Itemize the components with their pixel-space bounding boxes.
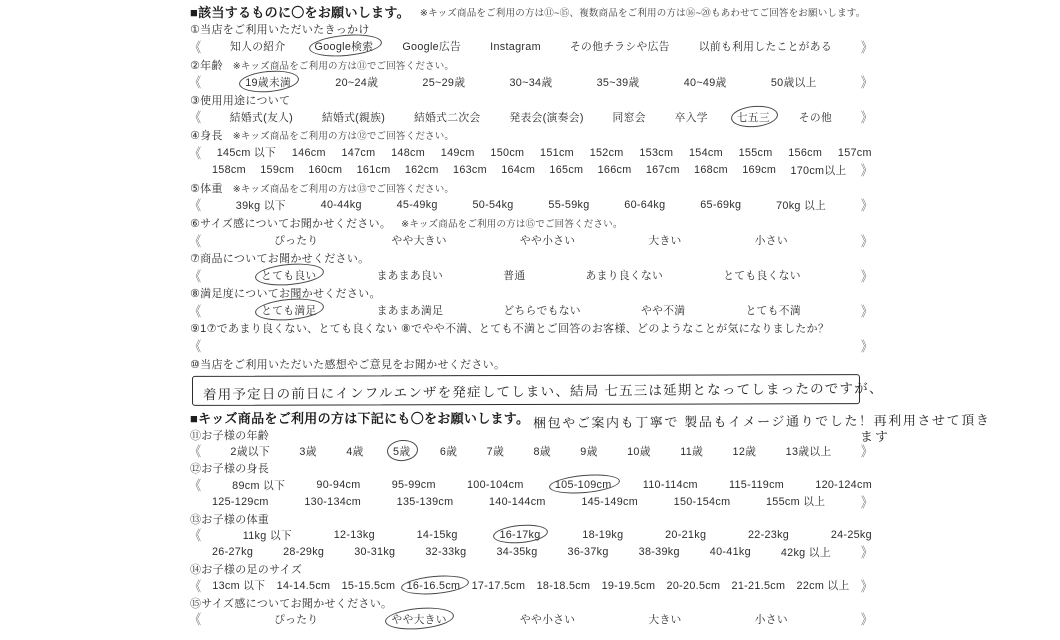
option: 40-44kg [321,199,362,211]
question-line: ⑮サイズ感についてお聞かせください。 [190,594,872,611]
option: 38-39kg [639,546,680,558]
answer-row: 《89cm 以下90-94cm95-99cm100-104cm105-109cm… [190,477,872,494]
answer-bracket-open: 《 [190,72,201,92]
option: 155cm [739,147,773,159]
answer-bracket-close: 》 [861,576,872,596]
question-line: ②年齢※キッズ商品をご利用の方は⑪でご回答ください。 [190,56,872,74]
option: 168cm [694,164,728,176]
option: 153cm [639,147,673,159]
answer-bracket-open: 《 [190,441,201,461]
answer-bracket-close: 》 [861,160,872,180]
circled-option: Google検索 [315,39,374,54]
circled-option: 七五三 [737,110,770,125]
question-label: ⑭お子様の足のサイズ [190,561,302,577]
answer-row: 125-129cm130-134cm135-139cm140-144cm145-… [190,493,872,510]
option: 146cm [292,147,326,159]
option: 152cm [590,147,624,159]
option: あまり良くない [585,268,663,283]
question-label: ⑦商品についてお聞かせください。 [190,250,369,266]
option: 40-41kg [710,546,751,558]
option: 28-29kg [283,546,324,558]
kids-questions: ⑪お子様の年齢《2歳以下3歳4歳5歳6歳7歳8歳9歳10歳11歳12歳13歳以上… [190,426,872,628]
option: やや大きい [391,233,446,248]
question-note: ※キッズ商品をご利用の方は⑮でご回答ください。 [401,216,622,230]
option: 50歳以上 [771,75,817,90]
question-label: ①当店をご利用いただいたきっかけ [190,21,370,37]
question-line: ③使用用途について [190,91,872,109]
answer-options: 158cm159cm160cm161cm162cm163cm164cm165cm… [190,162,872,178]
survey-header-note: ※キッズ商品をご利用の方は⑪~⑮、複数商品をご利用の方は⑯~⑳もあわせてご回答を… [420,5,866,19]
option: 35~39歳 [597,75,640,90]
answer-options: 《結婚式(友人)結婚式(親族)結婚式二次会発表会(演奏会)同窓会卒入学七五三その… [190,109,872,125]
answer-bracket-open: 《 [190,107,201,127]
answer-bracket-close: 》 [861,301,872,321]
option: ぴったり [274,233,318,248]
option: 45-49kg [397,199,438,211]
option: やや小さい [520,612,575,627]
kids-section-title: ■キッズ商品をご利用の方は下記にも〇をお願いします。 [190,408,529,427]
option: Google広告 [402,39,461,54]
option: 14-14.5cm [277,580,331,592]
answer-options: 《13cm 以下14-14.5cm15-15.5cm16-16.5cm17-17… [190,578,872,594]
option: 164cm [501,164,535,176]
question-line: ⑩当店をご利用いただいた感想やご意見をお聞かせください。 [190,355,872,373]
answer-row: 《19歳未満20~24歳25~29歳30~34歳35~39歳40~49歳50歳以… [190,73,872,91]
answer-bracket-close: 》 [861,231,872,251]
option: 150cm [490,147,524,159]
option: 154cm [689,147,723,159]
option: 156cm [788,147,822,159]
answer-options: 《145cm 以下146cm147cm148cm149cm150cm151cm1… [190,145,872,161]
option: 130-134cm [304,496,361,508]
option: 65-69kg [700,199,741,211]
option: 157cm [838,147,872,159]
option: 167cm [646,164,680,176]
question-note: ※キッズ商品をご利用の方は⑬でご回答ください。 [233,181,454,195]
question-line: ⑦商品についてお聞かせください。 [190,249,872,267]
option: 36-37kg [568,546,609,558]
answer-bracket-open: 《 [190,475,201,495]
option: 結婚式(親族) [322,110,385,125]
option: 90-94cm [316,479,360,491]
answer-row: 《39kg 以下40-44kg45-49kg50-54kg55-59kg60-6… [190,197,872,215]
question-label: ⑧満足度についてお聞かせください。 [190,285,381,301]
main-questions: ①当店をご利用いただいたきっかけ《知人の紹介Google検索Google広告In… [190,21,872,373]
option: 11歳 [680,444,703,459]
option: 結婚式(友人) [230,110,293,125]
circled-option: 19歳未満 [245,75,291,90]
answer-options: 《2歳以下3歳4歳5歳6歳7歳8歳9歳10歳11歳12歳13歳以上》 [190,443,872,459]
option: 30-31kg [354,546,395,558]
option: 40~49歳 [684,75,727,90]
option: 159cm [260,164,294,176]
question-note: ※キッズ商品をご利用の方は⑪でご回答ください。 [233,58,454,72]
circled-option: とても良い [261,268,316,283]
option: Instagram [490,41,541,53]
answer-options: 《ぴったりやや大きいやや小さい大きい小さい》 [190,233,872,249]
question-line: ⑫お子様の身長 [190,460,872,477]
option: 22-23kg [748,529,789,541]
question-line: ⑭お子様の足のサイズ [190,561,872,578]
option: 26-27kg [212,546,253,558]
option: まあまあ良い [377,268,444,283]
answer-options: 26-27kg28-29kg30-31kg32-33kg34-35kg36-37… [190,544,872,560]
option: 7歳 [487,444,504,459]
answer-bracket-open: 《 [190,195,201,215]
option: 150-154cm [674,496,731,508]
option: とても良くない [723,268,801,283]
option: 160cm [308,164,342,176]
question-label: ④身長 [190,127,223,143]
option: 19-19.5cm [602,580,656,592]
answer-options: 《知人の紹介Google検索Google広告Instagramその他チラシや広告… [190,39,872,55]
answer-row: 《》 [190,337,872,355]
question-label: ⑩当店をご利用いただいた感想やご意見をお聞かせください。 [190,356,505,372]
option: 162cm [405,164,439,176]
option: ぴったり [274,612,318,627]
answer-bracket-close: 》 [861,609,872,629]
option: 11kg 以下 [243,528,292,543]
option: 10歳 [627,444,651,459]
answer-bracket-open: 《 [190,576,201,596]
option: 卒入学 [675,110,708,125]
answer-bracket-close: 》 [861,37,872,57]
circled-option: 105-109cm [555,479,612,491]
option: 110-114cm [643,479,698,491]
circled-option: 5歳 [393,444,410,459]
answer-bracket-open: 《 [190,336,201,356]
option: 50-54kg [472,199,513,211]
answer-bracket-close: 》 [861,266,872,286]
answer-row: 158cm159cm160cm161cm162cm163cm164cm165cm… [190,161,872,179]
question-label: ⑥サイズ感についてお聞かせください。 [190,215,391,231]
option: 95-99cm [392,479,436,491]
option: どちらでもない [503,303,581,318]
handwritten-comment-line2: 梱包やご案内も丁寧で 製品もイメージ通りでした！再利用させて頂き [533,409,991,431]
option: 115-119cm [729,479,784,491]
option: 145cm 以下 [217,145,276,160]
answer-row: 26-27kg28-29kg30-31kg32-33kg34-35kg36-37… [190,544,872,561]
answer-bracket-open: 《 [190,143,201,163]
answer-bracket-open: 《 [190,609,201,629]
question-line: ⑬お子様の体重 [190,510,872,527]
option: 21-21.5cm [732,580,786,592]
answer-row: 《とても良いまあまあ良い普通あまり良くないとても良くない》 [190,267,872,285]
answer-row: 《2歳以下3歳4歳5歳6歳7歳8歳9歳10歳11歳12歳13歳以上》 [190,443,872,460]
question-line: ⑧満足度についてお聞かせください。 [190,285,872,303]
option: 135-139cm [397,496,454,508]
question-label: ②年齢 [190,57,223,73]
option: 163cm [453,164,487,176]
question-label: ⑤体重 [190,180,223,196]
question-line: ⑥サイズ感についてお聞かせください。※キッズ商品をご利用の方は⑮でご回答ください… [190,214,872,232]
option: 42kg 以上 [781,545,831,560]
handwritten-comment-box: 着用予定日の前日にインフルエンザを発症してしまい、結局 七五三は延期となってしま… [192,375,860,407]
answer-row: 《11kg 以下12-13kg14-15kg16-17kg18-19kg20-2… [190,527,872,544]
circled-option: やや大きい [391,612,446,627]
option: 知人の紹介 [230,39,285,54]
option: 6歳 [440,444,457,459]
option: その他 [799,110,832,125]
survey-header: ■該当するものに〇をお願いします。 ※キッズ商品をご利用の方は⑪~⑮、複数商品を… [190,3,872,21]
circled-option: とても満足 [261,303,316,318]
option: 89cm 以下 [232,478,285,493]
option: 13cm 以下 [212,578,265,593]
answer-bracket-open: 《 [190,266,201,286]
answer-bracket-open: 《 [190,301,201,321]
option: 149cm [441,147,475,159]
option: 100-104cm [467,479,524,491]
option: 20-21kg [665,529,706,541]
option: 161cm [357,164,391,176]
option: 70kg 以上 [776,198,826,213]
option: まあまあ満足 [377,303,444,318]
circled-option: 16-16.5cm [407,580,461,592]
option: 120-124cm [815,479,872,491]
option: 以前も利用したことがある [699,39,832,54]
option: やや不満 [641,303,685,318]
answer-bracket-close: 》 [861,492,872,512]
option: 2歳以下 [230,444,270,459]
option: やや小さい [520,233,575,248]
answer-options: 《89cm 以下90-94cm95-99cm100-104cm105-109cm… [190,477,872,493]
option: 15-15.5cm [342,580,396,592]
survey-content: ■該当するものに〇をお願いします。 ※キッズ商品をご利用の方は⑪~⑮、複数商品を… [190,3,872,628]
option: 151cm [540,147,574,159]
option: 小さい [755,233,788,248]
option: 20~24歳 [335,75,378,90]
option: 8歳 [533,444,550,459]
option: 170cm以上 [790,163,846,178]
option: 同窓会 [613,110,646,125]
answer-options: 125-129cm130-134cm135-139cm140-144cm145-… [190,494,872,510]
option: 12歳 [733,444,757,459]
option: 14-15kg [417,529,458,541]
option: 158cm [212,164,246,176]
answer-bracket-close: 》 [861,107,872,127]
option: 9歳 [580,444,597,459]
option: 166cm [598,164,632,176]
answer-bracket-open: 《 [190,525,201,545]
option: 4歳 [346,444,363,459]
option: 22cm 以上 [797,578,850,593]
question-label: ⑨1⑦であまり良くない、とても良くない ⑧でやや不満、とても不満とご回答のお客様… [190,320,829,336]
answer-row: 《とても満足まあまあ満足どちらでもないやや不満とても不満》 [190,302,872,320]
question-line: ①当店をご利用いただいたきっかけ [190,21,872,39]
option: 12-13kg [334,529,375,541]
answer-options: 《39kg 以下40-44kg45-49kg50-54kg55-59kg60-6… [190,197,872,213]
answer-row: 《13cm 以下14-14.5cm15-15.5cm16-16.5cm17-17… [190,577,872,594]
question-label: ⑫お子様の身長 [190,460,269,476]
option: 18-19kg [582,529,623,541]
answer-options: 《とても満足まあまあ満足どちらでもないやや不満とても不満》 [190,303,872,319]
answer-row: 《ぴったりやや大きいやや小さい大きい小さい》 [190,232,872,250]
handwritten-comment-line1: 着用予定日の前日にインフルエンザを発症してしまい、結局 七五三は延期となってしま… [203,377,884,404]
answer-options: 《》 [190,338,872,354]
option: 大きい [648,612,681,627]
option: 39kg 以下 [236,198,286,213]
option: 13歳以上 [786,444,832,459]
answer-bracket-close: 》 [861,195,872,215]
answer-options: 《19歳未満20~24歳25~29歳30~34歳35~39歳40~49歳50歳以… [190,74,872,90]
option: 小さい [755,612,788,627]
question-line: ⑨1⑦であまり良くない、とても良くない ⑧でやや不満、とても不満とご回答のお客様… [190,320,872,338]
option: 32-33kg [425,546,466,558]
answer-row: 《ぴったりやや大きいやや小さい大きい小さい》 [190,611,872,628]
option: 55-59kg [548,199,589,211]
question-line: ⑤体重※キッズ商品をご利用の方は⑬でご回答ください。 [190,179,872,197]
option: 18-18.5cm [537,580,591,592]
answer-bracket-open: 《 [190,37,201,57]
kids-section: ■キッズ商品をご利用の方は下記にも〇をお願いします。 ⑪お子様の年齢《2歳以下3… [190,409,872,627]
option: その他チラシや広告 [570,39,670,54]
option: 25~29歳 [422,75,465,90]
answer-row: 《145cm 以下146cm147cm148cm149cm150cm151cm1… [190,144,872,162]
circled-option: 16-17kg [499,529,540,541]
question-label: ③使用用途について [190,92,290,108]
option: 大きい [648,233,681,248]
option: 148cm [391,147,425,159]
question-label: ⑬お子様の体重 [190,511,269,527]
answer-bracket-close: 》 [861,542,872,562]
question-note: ※キッズ商品をご利用の方は⑫でご回答ください。 [233,128,454,142]
option: 17-17.5cm [472,580,526,592]
scanned-survey-page: ■該当するものに〇をお願いします。 ※キッズ商品をご利用の方は⑪~⑮、複数商品を… [0,0,1060,640]
option: 125-129cm [212,496,269,508]
answer-row: 《知人の紹介Google検索Google広告Instagramその他チラシや広告… [190,38,872,56]
option: とても不満 [745,303,800,318]
option: 20-20.5cm [667,580,721,592]
question-label: ⑮サイズ感についてお聞かせください。 [190,595,392,611]
option: 24-25kg [831,529,872,541]
option: 3歳 [299,444,316,459]
question-label: ⑪お子様の年齢 [190,427,269,443]
option: 結婚式二次会 [414,110,481,125]
survey-title: ■該当するものに〇をお願いします。 [190,2,410,21]
option: 発表会(演奏会) [509,110,583,125]
option: 60-64kg [624,199,665,211]
option: 147cm [341,147,375,159]
option: 140-144cm [489,496,546,508]
answer-bracket-close: 》 [861,336,872,356]
option: 169cm [742,164,776,176]
option: 165cm [549,164,583,176]
answer-bracket-open: 《 [190,231,201,251]
answer-options: 《とても良いまあまあ良い普通あまり良くないとても良くない》 [190,268,872,284]
answer-options: 《ぴったりやや大きいやや小さい大きい小さい》 [190,611,872,627]
option: 155cm 以上 [766,494,825,509]
answer-row: 《結婚式(友人)結婚式(親族)結婚式二次会発表会(演奏会)同窓会卒入学七五三その… [190,109,872,127]
handwritten-comment-line3: ます [860,426,890,445]
answer-bracket-close: 》 [861,72,872,92]
option: 普通 [503,268,525,283]
option: 30~34歳 [510,75,553,90]
answer-options: 《11kg 以下12-13kg14-15kg16-17kg18-19kg20-2… [190,527,872,543]
option: 34-35kg [496,546,537,558]
option: 145-149cm [581,496,638,508]
question-line: ④身長※キッズ商品をご利用の方は⑫でご回答ください。 [190,126,872,144]
